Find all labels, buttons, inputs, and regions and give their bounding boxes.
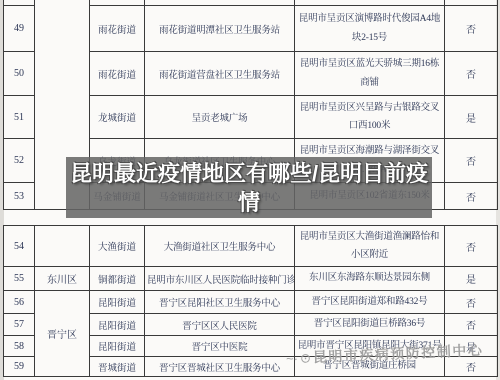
site-cell: 晋宁区昆阳社区卫生服务中心	[145, 291, 295, 314]
row-no-cell: 59	[4, 357, 35, 377]
street-cell: 雨花街道	[90, 52, 145, 96]
street-cell: 昆阳街道	[90, 336, 145, 357]
watermark-swoosh-icon: ~·	[286, 351, 299, 367]
address-cell: 昆明市呈贡区大渔街道渔澜路怡和小区附近	[295, 226, 445, 267]
address-cell: 昆明市呈贡区演博路时代俊园A4地块2-15号	[295, 6, 445, 52]
flag-cell: 否	[445, 226, 498, 267]
site-cell: 昆明市东川区人民医院临时接种门诊	[145, 267, 295, 291]
street-cell: 昆阳街道	[90, 291, 145, 314]
flag-cell: 否	[445, 52, 498, 96]
row-no-cell: 49	[4, 6, 35, 52]
flag-cell: 否	[445, 6, 498, 52]
row-no-cell: 54	[4, 226, 35, 267]
row-no-cell: 56	[4, 291, 35, 314]
row-no-cell: 57	[4, 314, 35, 336]
site-cell: 雨花街道明潭社区卫生服务站	[145, 6, 295, 52]
site-cell: 雨花街道营盘社区卫生服务站	[145, 52, 295, 96]
street-cell: 雨花街道	[90, 6, 145, 52]
district-cell: 晋宁区	[35, 291, 90, 377]
flag-cell: 否	[445, 183, 498, 210]
scanned-table-page: 49 雨花街道 雨花街道明潭社区卫生服务站 昆明市呈贡区演博路时代俊园A4地块2…	[0, 0, 500, 380]
street-cell: 昆阳街道	[90, 314, 145, 336]
site-cell: 大渔街道社区卫生服务中心	[145, 226, 295, 267]
site-cell: 晋宁区中医院	[145, 336, 295, 357]
flag-cell: 否	[445, 314, 498, 336]
flag-cell: 否	[445, 291, 498, 314]
table-row: 55 东川区 铜都街道 昆明市东川区人民医院临时接种门诊 东川区东海路东顺达景园…	[4, 267, 498, 291]
row-no-cell: 51	[4, 96, 35, 139]
district-cell	[35, 226, 90, 267]
row-no-cell: 53	[4, 183, 35, 210]
address-cell: 昆明市呈贡区兴呈路与古银路交叉口西100米	[295, 96, 445, 139]
address-cell: 昆明市呈贡区蓝光天骄城三期16栋商铺	[295, 52, 445, 96]
flag-cell: 是	[445, 267, 498, 291]
site-cell: 晋宁区区人民医院	[145, 314, 295, 336]
row-no-cell: 58	[4, 336, 35, 357]
site-cell: 晋宁区晋城社区卫生服务中心	[145, 357, 295, 377]
page-title: 昆明最近疫情地区有哪些/昆明目前疫情	[66, 159, 432, 217]
site-cell: 呈贡老城广场	[145, 96, 295, 139]
street-cell: 大渔街道	[90, 226, 145, 267]
flag-cell: 是	[445, 96, 498, 139]
row-no-cell: 50	[4, 52, 35, 96]
flag-cell: 否	[445, 139, 498, 183]
title-overlay-band: 昆明最近疫情地区有哪些/昆明目前疫情	[66, 157, 432, 218]
address-cell: 晋宁区昆阳街道郑和路432号	[295, 291, 445, 314]
table-row: 54 大渔街道 大渔街道社区卫生服务中心 昆明市呈贡区大渔街道渔澜路怡和小区附近…	[4, 226, 498, 267]
row-no-cell: 52	[4, 139, 35, 183]
cdc-emblem-icon: ⊙	[300, 350, 312, 365]
address-cell: 晋宁区昆阳街道巨桥路36号	[295, 314, 445, 336]
district-cell: 东川区	[35, 267, 90, 291]
street-cell: 龙城街道	[90, 96, 145, 139]
address-cell: 东川区东海路东顺达景园东侧	[295, 267, 445, 291]
street-cell: 晋城街道	[90, 357, 145, 377]
table-row: 56 晋宁区 昆阳街道 晋宁区昆阳社区卫生服务中心 晋宁区昆阳街道郑和路432号…	[4, 291, 498, 314]
street-cell: 铜都街道	[90, 267, 145, 291]
row-no-cell: 55	[4, 267, 35, 291]
